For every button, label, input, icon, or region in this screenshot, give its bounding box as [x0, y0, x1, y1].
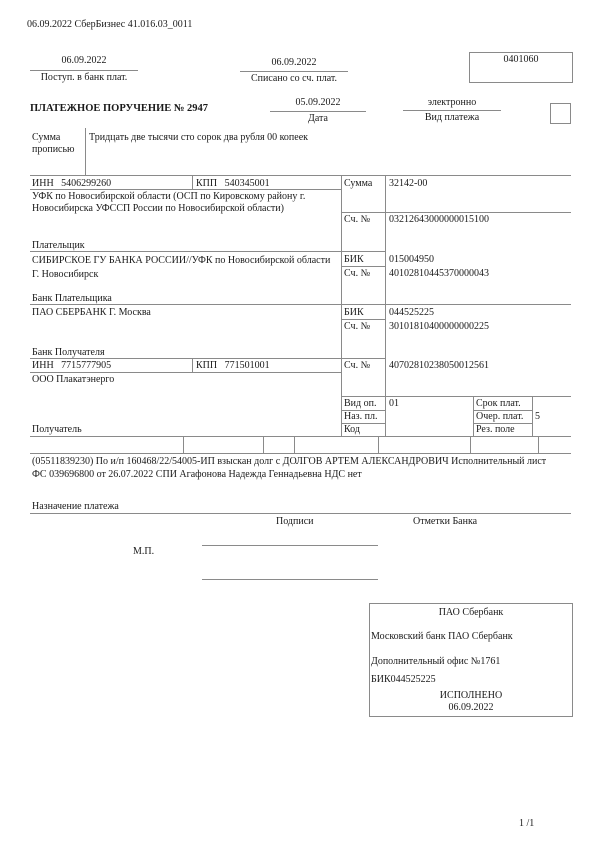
document-title: ПЛАТЕЖНОЕ ПОРУЧЕНИЕ № 2947 [30, 103, 208, 114]
payer-kpp-value: 540345001 [225, 178, 270, 189]
code-label: Код [344, 424, 360, 435]
payment-purpose-line2: ФС 039696800 от 26.07.2022 СПИ Агафонова… [32, 468, 546, 481]
payer-bank-bik-label: БИК [344, 254, 364, 265]
payee-bank-bik-label: БИК [344, 307, 364, 318]
debited-date: 06.09.2022 [240, 57, 348, 68]
document-date: 05.09.2022 [270, 97, 366, 108]
payee-inn: ИНН 7715777905 [32, 360, 111, 371]
op-type-label: Вид оп. [344, 398, 376, 409]
bank-marks-label: Отметки Банка [413, 516, 477, 527]
divider [30, 513, 571, 514]
divider [470, 436, 471, 453]
payer-inn-label: ИНН [32, 178, 54, 189]
divider [403, 110, 501, 111]
divider [30, 304, 571, 305]
divider [30, 436, 571, 437]
payer-sum-label: Сумма [344, 178, 372, 189]
payer-sum: 32142-00 [389, 178, 427, 189]
divider [473, 396, 474, 437]
document-date-label: Дата [270, 113, 366, 124]
divider [385, 175, 386, 437]
divider [341, 396, 571, 397]
divider [30, 175, 571, 176]
purpose-code-label: Наз. пл. [344, 411, 377, 422]
payer-bank-bik: 015004950 [389, 254, 434, 265]
payment-type-checkbox[interactable] [550, 103, 571, 124]
divider [341, 319, 385, 320]
divider [183, 436, 184, 453]
divider [192, 358, 193, 372]
divider [378, 436, 379, 453]
payee-bank-account: 30101810400000000225 [389, 321, 489, 332]
payer-inn: ИНН 5406299260 [32, 178, 111, 189]
payee-kpp-value: 771501001 [225, 360, 270, 371]
divider [341, 266, 385, 267]
divider [30, 70, 138, 71]
divider [30, 251, 385, 252]
payer-bank-name: СИБИРСКОЕ ГУ БАНКА РОССИИ//УФК по Новоси… [32, 254, 330, 282]
signatures-label: Подписи [276, 516, 314, 527]
stamp-date: 06.09.2022 [370, 702, 572, 713]
payer-kpp-label: КПП [196, 178, 217, 189]
divider [532, 396, 533, 437]
payee-bank-account-label: Сч. № [344, 321, 370, 332]
payee-bank-label: Банк Получателя [32, 347, 105, 358]
divider [263, 436, 264, 453]
payee-kpp-label: КПП [196, 360, 217, 371]
payee-label: Получатель [32, 424, 82, 435]
payer-label: Плательщик [32, 240, 85, 251]
amount-words: Тридцать две тысячи сто сорок два рубля … [89, 132, 308, 143]
divider [294, 436, 295, 453]
payee-bank-bik: 044525225 [389, 307, 434, 318]
stamp-status: ИСПОЛНЕНО [370, 690, 572, 701]
due-label: Срок плат. [476, 398, 521, 409]
priority-label: Очер. плат. [476, 411, 523, 422]
reserve-label: Рез. поле [476, 424, 515, 435]
payee-account-label: Сч. № [344, 360, 370, 371]
received-label: Поступ. в банк плат. [30, 72, 138, 83]
payer-account-label: Сч. № [344, 214, 370, 225]
payer-bank-name-line1: СИБИРСКОЕ ГУ БАНКА РОССИИ//УФК по Новоси… [32, 254, 330, 268]
signature-line-2 [202, 579, 378, 580]
debited-label: Списано со сч. плат. [240, 73, 348, 84]
payment-purpose-label: Назначение платежа [32, 501, 119, 512]
payment-type: электронно [403, 97, 501, 108]
payer-bank-account-label: Сч. № [344, 268, 370, 279]
amount-words-label-line2: прописью [32, 144, 75, 156]
amount-words-label-line1: Сумма [32, 132, 75, 144]
payer-inn-value: 5406299260 [61, 178, 111, 189]
stamp-bik: БИК044525225 [371, 674, 436, 685]
payee-name: ООО Плакатэнерго [32, 374, 114, 385]
divider [192, 175, 193, 189]
stamp-branch: Московский банк ПАО Сбербанк [371, 631, 513, 642]
payer-name-line2: Новосибирска УФССП России по Новосибирск… [32, 203, 305, 215]
amount-words-label: Сумма прописью [32, 132, 75, 156]
op-type: 01 [389, 398, 399, 409]
divider [30, 453, 571, 454]
payer-account: 03212643000000015100 [389, 214, 489, 225]
payee-account: 40702810238050012561 [389, 360, 489, 371]
payment-purpose-line1: (05511839230) По и/п 160468/22/54005-ИП … [32, 455, 546, 468]
divider [341, 175, 342, 437]
divider [240, 71, 348, 72]
signature-line-1 [202, 545, 378, 546]
payer-bank-account: 40102810445370000043 [389, 268, 489, 279]
payment-purpose: (05511839230) По и/п 160468/22/54005-ИП … [32, 455, 546, 481]
form-code: 0401060 [470, 54, 572, 65]
payer-name: УФК по Новосибирской области (ОСП по Кир… [32, 191, 305, 215]
payee-bank-name: ПАО СБЕРБАНК Г. Москва [32, 307, 151, 318]
payee-inn-label: ИНН [32, 360, 54, 371]
payment-type-label: Вид платежа [403, 112, 501, 123]
stamp-office: Дополнительный офис №1761 [371, 656, 500, 667]
priority: 5 [535, 411, 540, 422]
payer-bank-name-line2: Г. Новосибирск [32, 268, 330, 282]
payee-kpp: КПП 771501001 [196, 360, 270, 371]
payer-bank-label: Банк Плательщика [32, 293, 112, 304]
page-number: 1 /1 [519, 818, 534, 829]
bank-stamp: ПАО Сбербанк Московский банк ПАО Сбербан… [369, 603, 573, 717]
received-date: 06.09.2022 [30, 55, 138, 66]
divider [30, 372, 341, 373]
divider [341, 212, 571, 213]
payer-name-line1: УФК по Новосибирской области (ОСП по Кир… [32, 191, 305, 203]
stamp-bank: ПАО Сбербанк [370, 607, 572, 618]
form-code-box: 0401060 [469, 52, 573, 83]
print-header: 06.09.2022 СберБизнес 41.016.03_0011 [27, 19, 192, 30]
payee-inn-value: 7715777905 [61, 360, 111, 371]
divider [30, 358, 385, 359]
payer-kpp: КПП 540345001 [196, 178, 270, 189]
divider [30, 189, 341, 190]
divider [538, 436, 539, 453]
stamp-label: М.П. [133, 546, 154, 557]
divider [85, 128, 86, 175]
divider [270, 111, 366, 112]
